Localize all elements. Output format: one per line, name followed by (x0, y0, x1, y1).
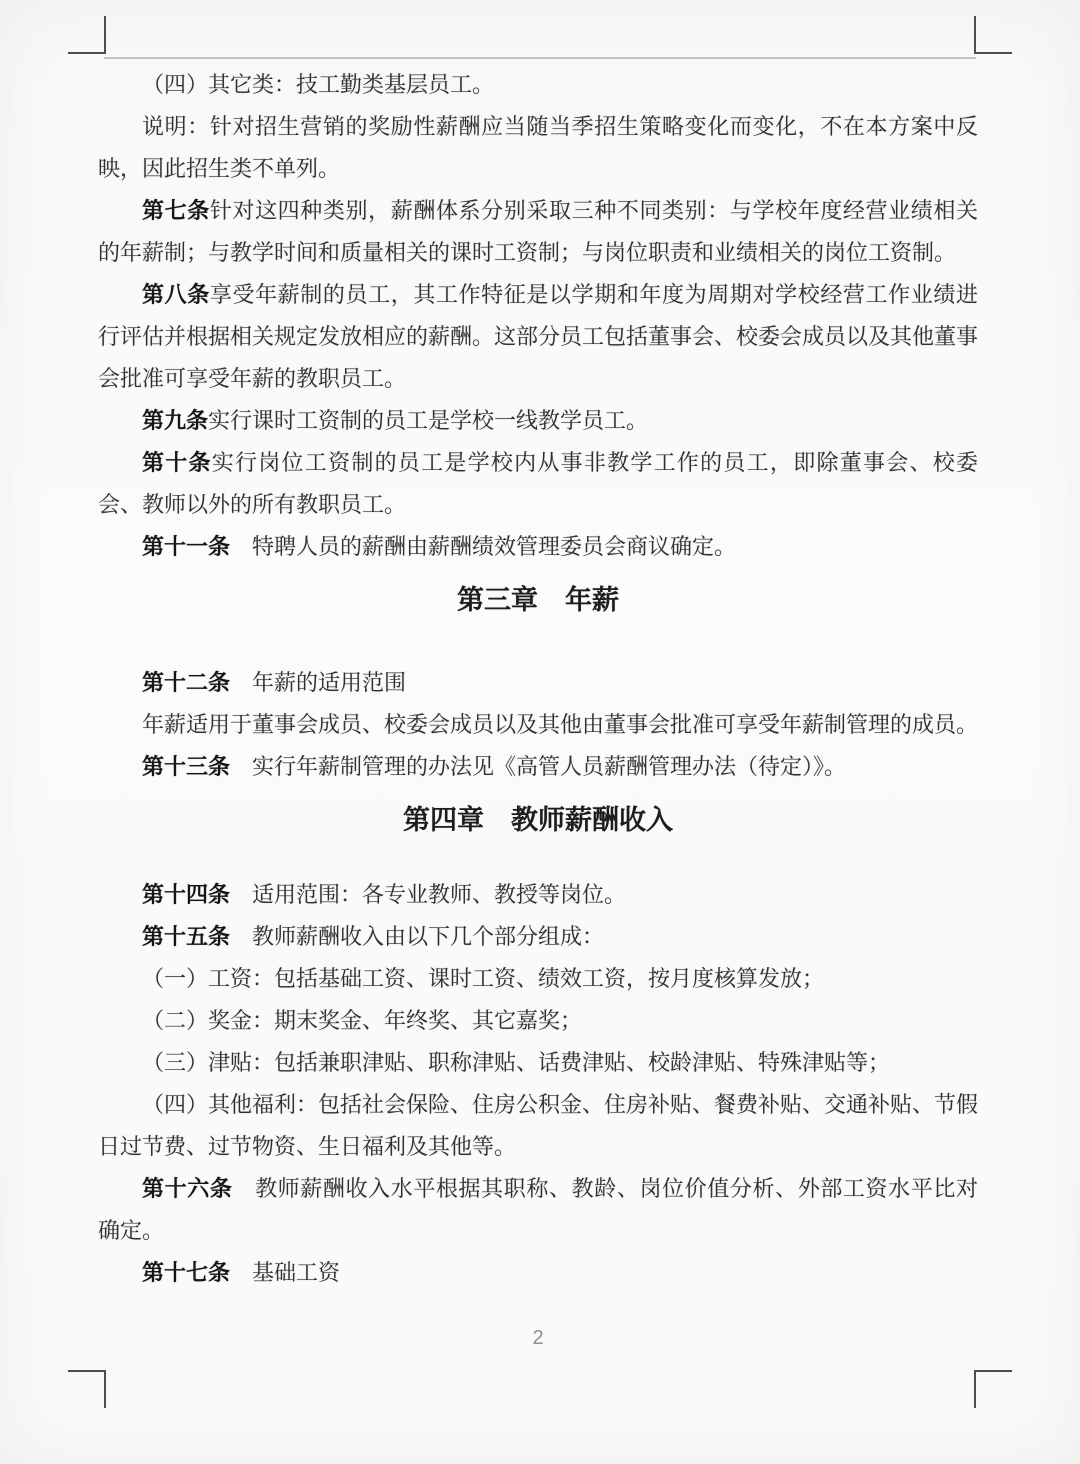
paragraph-text: 说明：针对招生营销的奖励性薪酬应当随当季招生策略变化而变化，不在本方案中反映，因… (98, 114, 978, 181)
paragraph-text: 教师薪酬收入由以下几个部分组成： (230, 924, 604, 949)
article-number: 第八条 (142, 282, 210, 307)
paragraph-text: 特聘人员的薪酬由薪酬绩效管理委员会商议确定。 (230, 534, 736, 559)
paragraph-text: 享受年薪制的员工，其工作特征是以学期和年度为周期对学校经营工作业绩进行评估并根据… (98, 282, 978, 391)
article-number: 第十一条 (142, 534, 230, 559)
paragraph-article-12: 第十二条 年薪的适用范围 (98, 662, 978, 704)
paragraph-note: 说明：针对招生营销的奖励性薪酬应当随当季招生策略变化而变化，不在本方案中反映，因… (98, 106, 978, 190)
paragraph-text: （一）工资：包括基础工资、课时工资、绩效工资，按月度核算发放； (142, 966, 824, 991)
paragraph-list-item-1: （一）工资：包括基础工资、课时工资、绩效工资，按月度核算发放； (98, 958, 978, 1000)
paragraph-list-item-2: （二）奖金：期末奖金、年终奖、其它嘉奖； (98, 1000, 978, 1042)
chapter-heading-3: 第三章 年薪 (98, 578, 978, 622)
paragraph-article-14: 第十四条 适用范围：各专业教师、教授等岗位。 (98, 874, 978, 916)
article-number: 第九条 (142, 408, 208, 433)
paragraph-text: 实行岗位工资制的员工是学校内从事非教学工作的员工，即除董事会、校委会、教师以外的… (98, 450, 978, 517)
paragraph-article-11: 第十一条 特聘人员的薪酬由薪酬绩效管理委员会商议确定。 (98, 526, 978, 568)
article-number: 第十条 (142, 450, 212, 475)
paragraph-text: 针对这四种类别，薪酬体系分别采取三种不同类别：与学校年度经营业绩相关的年薪制；与… (98, 198, 978, 265)
paragraph-list-item-4: （四）其他福利：包括社会保险、住房公积金、住房补贴、餐费补贴、交通补贴、节假日过… (98, 1084, 978, 1168)
paragraph-article-10: 第十条实行岗位工资制的员工是学校内从事非教学工作的员工，即除董事会、校委会、教师… (98, 442, 978, 526)
chapter-heading-4: 第四章 教师薪酬收入 (98, 798, 978, 842)
paragraph-article-8: 第八条享受年薪制的员工，其工作特征是以学期和年度为周期对学校经营工作业绩进行评估… (98, 274, 978, 400)
paragraph-article-7: 第七条针对这四种类别，薪酬体系分别采取三种不同类别：与学校年度经营业绩相关的年薪… (98, 190, 978, 274)
article-number: 第十四条 (142, 882, 230, 907)
paragraph-text: （二）奖金：期末奖金、年终奖、其它嘉奖； (142, 1008, 582, 1033)
paragraph-list-item-3: （三）津贴：包括兼职津贴、职称津贴、话费津贴、校龄津贴、特殊津贴等； (98, 1042, 978, 1084)
paragraph-text: （四）其它类：技工勤类基层员工。 (142, 72, 494, 97)
paragraph-text: 适用范围：各专业教师、教授等岗位。 (230, 882, 626, 907)
paragraph-item-4-other-class: （四）其它类：技工勤类基层员工。 (98, 64, 978, 106)
page-number: 2 (98, 1324, 978, 1352)
paragraph-text: 基础工资 (230, 1260, 340, 1285)
document-body: （四）其它类：技工勤类基层员工。 说明：针对招生营销的奖励性薪酬应当随当季招生策… (98, 0, 978, 1352)
paragraph-text: （四）其他福利：包括社会保险、住房公积金、住房补贴、餐费补贴、交通补贴、节假日过… (98, 1092, 978, 1159)
article-number: 第十三条 (142, 754, 230, 779)
paragraph-article-16: 第十六条 教师薪酬收入水平根据其职称、教龄、岗位价值分析、外部工资水平比对确定。 (98, 1168, 978, 1252)
paragraph-text: 年薪的适用范围 (230, 670, 406, 695)
paragraph-text: （三）津贴：包括兼职津贴、职称津贴、话费津贴、校龄津贴、特殊津贴等； (142, 1050, 890, 1075)
article-number: 第十二条 (142, 670, 230, 695)
paragraph-text: 年薪适用于董事会成员、校委会成员以及其他由董事会批准可享受年薪制管理的成员。 (142, 712, 978, 737)
crop-mark-bottom-right (974, 1370, 1012, 1408)
paragraph-article-13: 第十三条 实行年薪制管理的办法见《高管人员薪酬管理办法（待定）》。 (98, 746, 978, 788)
paragraph-text: 实行课时工资制的员工是学校一线教学员工。 (208, 408, 648, 433)
crop-mark-bottom-left (68, 1370, 106, 1408)
article-number: 第十七条 (142, 1260, 230, 1285)
paragraph-annual-salary-scope: 年薪适用于董事会成员、校委会成员以及其他由董事会批准可享受年薪制管理的成员。 (98, 704, 978, 746)
paragraph-article-9: 第九条实行课时工资制的员工是学校一线教学员工。 (98, 400, 978, 442)
paragraph-article-15: 第十五条 教师薪酬收入由以下几个部分组成： (98, 916, 978, 958)
document-page: （四）其它类：技工勤类基层员工。 说明：针对招生营销的奖励性薪酬应当随当季招生策… (0, 0, 1080, 1464)
paragraph-text: 实行年薪制管理的办法见《高管人员薪酬管理办法（待定）》。 (230, 754, 846, 779)
crop-mark-top-right (974, 16, 1012, 54)
article-number: 第十六条 (142, 1176, 232, 1201)
paragraph-article-17: 第十七条 基础工资 (98, 1252, 978, 1294)
article-number: 第十五条 (142, 924, 230, 949)
article-number: 第七条 (142, 198, 210, 223)
